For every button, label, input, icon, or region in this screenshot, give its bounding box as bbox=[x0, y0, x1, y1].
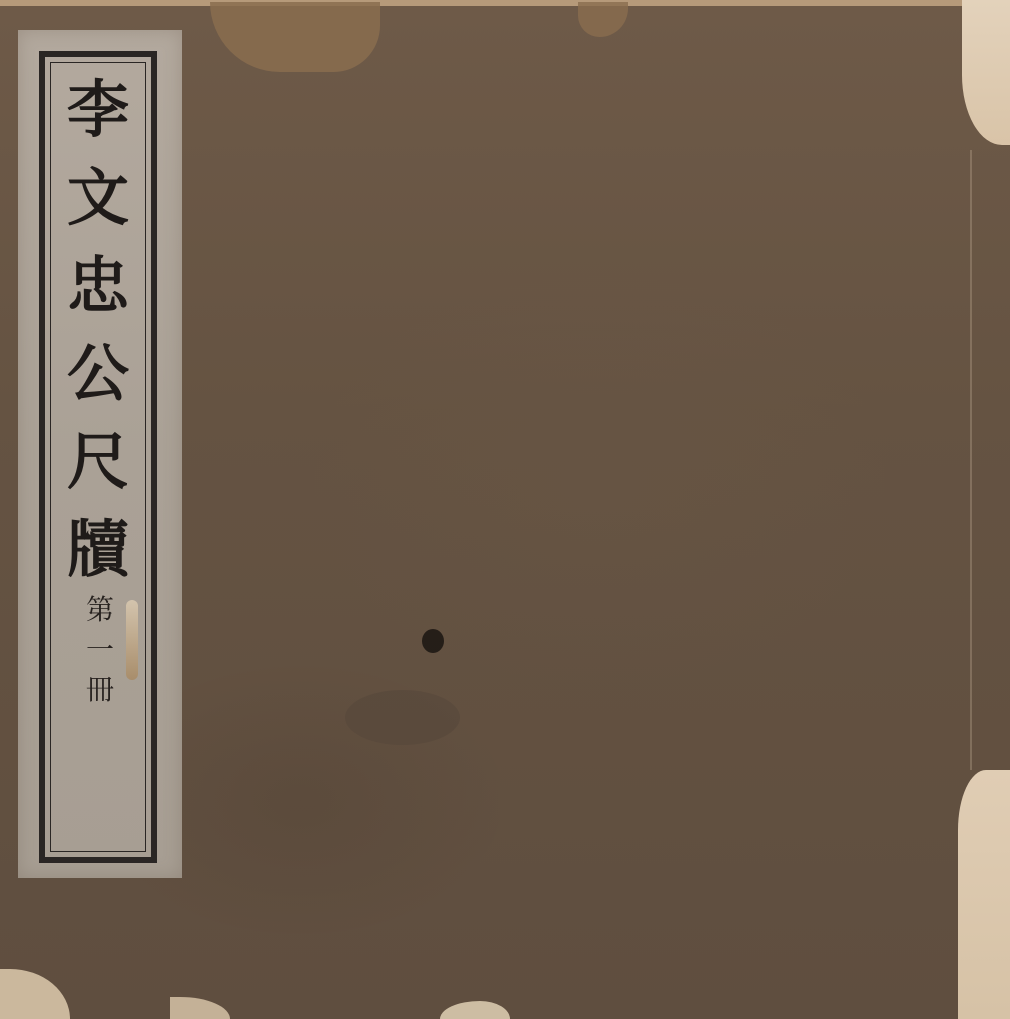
torn-edge-bottom-right bbox=[958, 770, 1010, 1019]
title-char: 牘 bbox=[67, 506, 129, 594]
title-slip: 李 文 忠 公 尺 牘 第 一 冊 bbox=[18, 30, 182, 878]
peeled-area bbox=[578, 2, 628, 37]
torn-bottom-edge bbox=[170, 997, 230, 1019]
worn-top-edge bbox=[0, 0, 1010, 6]
volume-char: 一 bbox=[86, 630, 114, 670]
peeled-area bbox=[210, 2, 380, 72]
torn-bottom-edge bbox=[440, 1001, 510, 1019]
torn-corner-bottom-left bbox=[0, 969, 70, 1019]
title-char: 文 bbox=[67, 154, 129, 242]
volume-char: 第 bbox=[86, 590, 114, 630]
volume-char: 冊 bbox=[86, 670, 114, 710]
water-stain bbox=[345, 690, 460, 745]
slip-tear bbox=[126, 600, 138, 680]
volume-label: 第 一 冊 bbox=[18, 590, 182, 710]
ink-spot bbox=[422, 629, 444, 653]
title-char: 尺 bbox=[67, 418, 129, 506]
book-title: 李 文 忠 公 尺 牘 bbox=[18, 66, 182, 594]
title-char: 公 bbox=[67, 330, 129, 418]
title-char: 李 bbox=[67, 66, 129, 154]
title-char: 忠 bbox=[67, 242, 129, 330]
torn-corner-top-right bbox=[962, 0, 1010, 145]
book-cover: 李 文 忠 公 尺 牘 第 一 冊 bbox=[0, 0, 1010, 1019]
spine-fold-line bbox=[970, 150, 972, 770]
